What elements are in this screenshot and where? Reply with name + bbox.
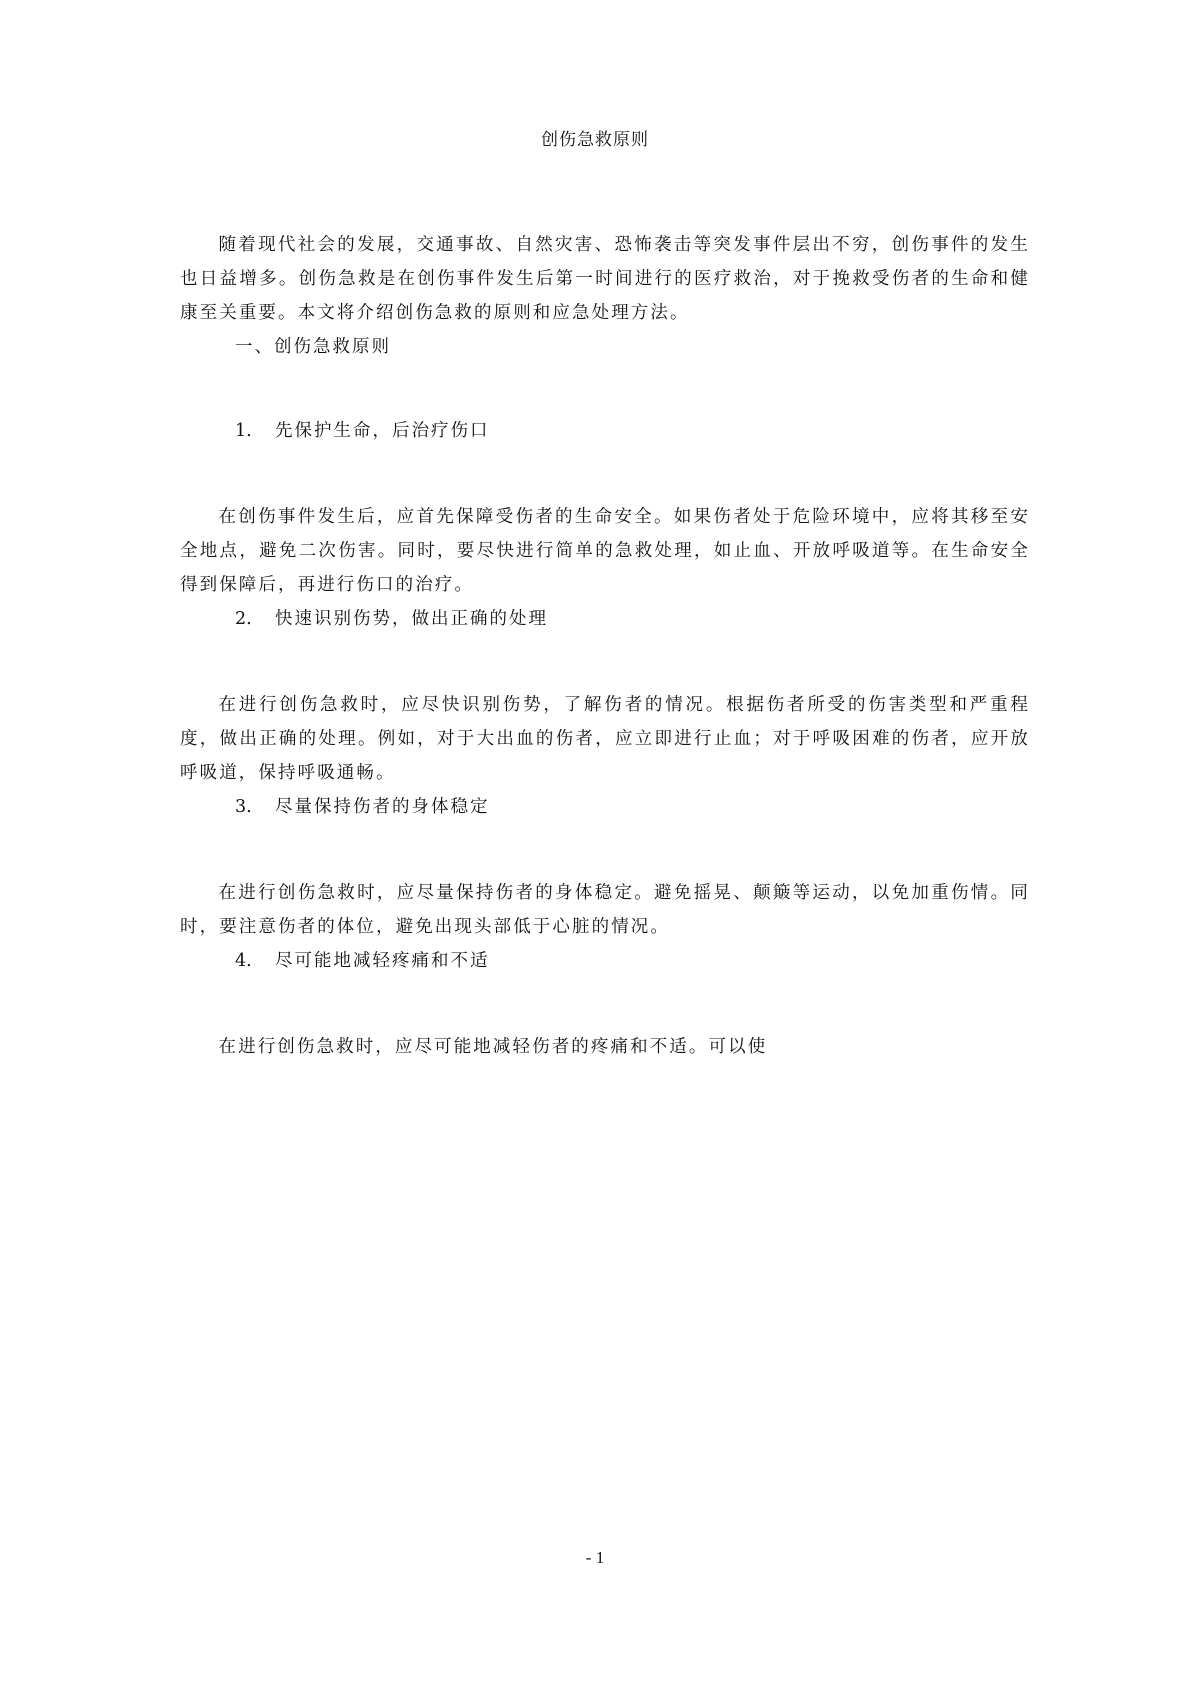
item-heading-text: 尽可能地减轻疼痛和不适 bbox=[275, 951, 490, 971]
document-page: 创伤急救原则 随着现代社会的发展，交通事故、自然灾害、恐怖袭击等突发事件层出不穷… bbox=[0, 0, 1190, 1684]
item-paragraph-2: 在进行创伤急救时，应尽快识别伤势，了解伤者的情况。根据伤者所受的伤害类型和严重程… bbox=[180, 688, 1030, 790]
document-body: 随着现代社会的发展，交通事故、自然灾害、恐怖袭击等突发事件层出不穷，创伤事件的发… bbox=[180, 228, 1030, 1064]
item-paragraph-3: 在进行创伤急救时，应尽量保持伤者的身体稳定。避免摇晃、颠簸等运动，以免加重伤情。… bbox=[180, 876, 1030, 944]
item-heading-text: 快速识别伤势，做出正确的处理 bbox=[275, 609, 548, 629]
item-heading-text: 尽量保持伤者的身体稳定 bbox=[275, 797, 490, 817]
item-number: 1. bbox=[235, 414, 275, 448]
item-heading-4: 4.尽可能地减轻疼痛和不适 bbox=[180, 944, 1030, 978]
spacer bbox=[180, 364, 1030, 414]
item-paragraph-1: 在创伤事件发生后，应首先保障受伤者的生命安全。如果伤者处于危险环境中，应将其移至… bbox=[180, 500, 1030, 602]
document-title: 创伤急救原则 bbox=[0, 128, 1190, 152]
item-number: 3. bbox=[235, 790, 275, 824]
intro-paragraph: 随着现代社会的发展，交通事故、自然灾害、恐怖袭击等突发事件层出不穷，创伤事件的发… bbox=[180, 228, 1030, 330]
item-heading-text: 先保护生命，后治疗伤口 bbox=[275, 421, 490, 441]
spacer bbox=[180, 978, 1030, 1030]
item-paragraph-4: 在进行创伤急救时，应尽可能地减轻伤者的疼痛和不适。可以使 bbox=[180, 1030, 1030, 1064]
page-number: - 1 bbox=[0, 1548, 1190, 1568]
item-heading-1: 1.先保护生命，后治疗伤口 bbox=[180, 414, 1030, 448]
item-heading-2: 2.快速识别伤势，做出正确的处理 bbox=[180, 602, 1030, 636]
item-heading-3: 3.尽量保持伤者的身体稳定 bbox=[180, 790, 1030, 824]
spacer bbox=[180, 824, 1030, 876]
item-number: 4. bbox=[235, 944, 275, 978]
item-number: 2. bbox=[235, 602, 275, 636]
section-heading: 一、创伤急救原则 bbox=[180, 330, 1030, 364]
spacer bbox=[180, 636, 1030, 688]
spacer bbox=[180, 448, 1030, 500]
